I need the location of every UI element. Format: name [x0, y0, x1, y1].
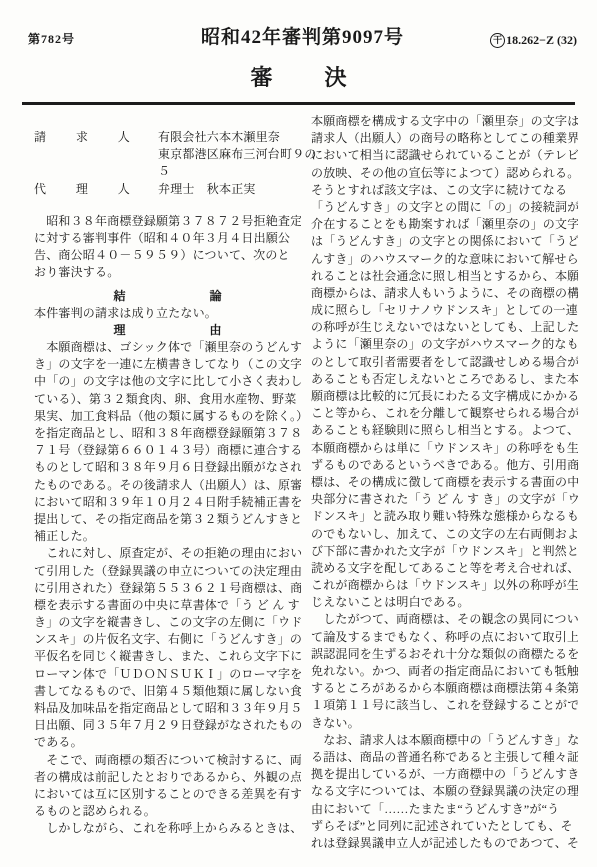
- text-line: ローマン体で「ＵＤＯＮＳＵＫＩ」のローマ字を: [34, 666, 301, 683]
- text-line: 免れない。かつ、両者の指定商品においても牴触: [311, 663, 578, 680]
- text-line: 読める文字を配してあること等を考え合せれば、: [311, 560, 578, 577]
- text-line: 平仮名を同じく縦書きし、また、これら文字下に: [34, 648, 301, 665]
- text-line: こと等から、これを分離して観察せられる場合が: [311, 405, 578, 422]
- text-line: び下部に書かれた文字が「ウドンスキ」と判然と: [311, 543, 578, 560]
- claimant-lines: 有限会社六本木瀬里奈東京都港区麻布三河台町９の５: [158, 129, 317, 181]
- text-line: においては互に区別することのできる差異を有す: [34, 786, 301, 803]
- reason-heading-first: 理: [113, 322, 125, 339]
- text-line: を指定商品とし、昭和３８年商標登録願第３７８、: [34, 425, 301, 442]
- text-line: 誤認混同を生ずるおそれ十分な類似の商標たるを: [311, 646, 578, 663]
- text-line: しかしながら、これを称呼上からみるときは、: [34, 820, 301, 837]
- conclusion-heading: 結 論: [34, 288, 301, 305]
- text-line: ている）、第３２類食肉、卵、食用水産物、野菜: [34, 391, 301, 408]
- text-line: ずるものであるというべきである。他方、引用商: [311, 457, 578, 474]
- label-gap: [130, 129, 158, 181]
- trial-decision-document: 第782号 昭和42年審判第9097号 干18.262−Z (32) 審 決 請…: [0, 0, 597, 867]
- document-body: 請求人 有限会社六本木瀬里奈東京都港区麻布三河台町９の５ 代理人 弁理士 秋本正…: [0, 105, 597, 852]
- reason-heading-second: 由: [210, 322, 222, 339]
- text-line: 標を表示する書面の中央に草書体で「う ど ん す: [34, 597, 301, 614]
- text-line: のとして取引者需要者をして認識せしめる場合が: [311, 354, 578, 371]
- label-gap: [130, 181, 158, 198]
- text-line: 商標からは、請求人もいうように、その商標の構: [311, 285, 578, 302]
- text-line: 由において「……たまたま“うどんすき”が“う: [311, 801, 578, 818]
- attorney-row: 代理人 弁理士 秋本正実: [34, 181, 301, 198]
- text-line: ずらそば”と同列に記述されていたとしても、そ: [311, 818, 578, 835]
- text-line: そうとすれば該文字は、この文字に続けてなる: [311, 182, 578, 199]
- text-line: 中「の」の文字は他の文字に比して小さく表わし: [34, 373, 301, 390]
- doc-number: 第782号: [28, 30, 201, 47]
- attorney-text-line: 弁理士 秋本正実: [158, 181, 301, 198]
- text-line: 本願商標を構成する文字中の「瀬里奈」の文字は: [311, 113, 578, 130]
- text-line: 成に照らし「セリナノウドンスキ」としての一連: [311, 302, 578, 319]
- text-line: の放映、その他の宣伝等によつて）認められる。: [311, 165, 578, 182]
- text-line: じえないことは明白である。: [311, 594, 578, 611]
- text-line: 者の構成は前記したとおりであるから、外観の点: [34, 769, 301, 786]
- text-line: するところがあるから本願商標は商標法第４条第: [311, 680, 578, 697]
- text-line: 昭和３８年商標登録願第３７８７２号拒絶査定: [34, 213, 301, 230]
- text-line: において相当に認識せられていることが（テレビ: [311, 147, 578, 164]
- claimant-label: 請求人: [34, 129, 130, 146]
- text-line: ンスキ」の片仮名文字、右側に「うどんすき」の: [34, 631, 301, 648]
- reason-paragraph-1: 本願商標は、ゴシック体で「瀬里奈のうどんすき」の文字を一連に左横書きしてなり（こ…: [34, 339, 301, 545]
- text-line: き」の文字を一連に左横書きしてなり（この文字: [34, 356, 301, 373]
- text-line: 料品及加味品を指定商品として昭和３３年９月５: [34, 700, 301, 717]
- text-line: あることも経験則に照らし相当とする。よつて、: [311, 422, 578, 439]
- text-line: んすき」のハウスマーク的な意味において解せら: [311, 251, 578, 268]
- text-line: ７１号（登録第６６０１４３号）商標に連合する: [34, 442, 301, 459]
- text-line: そこで、両商標の類否について検討するに、両: [34, 752, 301, 769]
- text-line: 願商標は比較的に冗長にわたる文字構成にかかる: [311, 388, 578, 405]
- text-line: れは登録異議申立人が記述したものであつて、そ: [311, 835, 578, 852]
- attorney-label: 代理人: [34, 181, 130, 198]
- reason-paragraph-3: そこで、両商標の類否について検討するに、両者の構成は前記したとおりであるから、外…: [34, 752, 301, 821]
- text-line: 「うどんすき」の文字との間に「の」の接続詞が: [311, 199, 578, 216]
- text-line: 央部分に書された「う ど ん す き」の文字が「ウ: [311, 491, 578, 508]
- text-line: 本願商標からは単に「ウドンスキ」の称呼をも生: [311, 440, 578, 457]
- text-line: ように「瀬里奈の」の文字がハウスマーク的なも: [311, 336, 578, 353]
- title-char-second: 決: [325, 61, 347, 92]
- text-line: 補正した。: [34, 528, 301, 545]
- text-line: 拠を提出しているが、一方商標中の「うどんすき」: [311, 766, 578, 783]
- text-line: のでもないし、加えて、この文字の左右両側およ: [311, 526, 578, 543]
- title-char-first: 審: [250, 61, 272, 92]
- text-line: ものとして昭和３８年９月６日登録出願がなされ: [34, 459, 301, 476]
- right-column: 本願商標を構成する文字中の「瀬里奈」の文字は請求人（出願人）の商号の略称としてこ…: [311, 113, 578, 852]
- text-line: ドンスキ」と読み取り難い特殊な態様からなるも: [311, 508, 578, 525]
- reason-paragraph-4: しかしながら、これを称呼上からみるときは、: [34, 820, 301, 837]
- party-block: 請求人 有限会社六本木瀬里奈東京都港区麻布三河台町９の５ 代理人 弁理士 秋本正…: [34, 129, 301, 198]
- reason-paragraph-2: これに対し、原査定が、その拒絶の理由において引用した（登録異議の申立についての決…: [34, 545, 301, 751]
- text-line: これに対し、原査定が、その拒絶の理由におい: [34, 545, 301, 562]
- claimant-text-line: ５: [158, 163, 317, 180]
- text-line: なお、請求人は本願商標中の「うどんすき」な: [311, 732, 578, 749]
- text-line: 告、商公昭４０－５９５９）について、次のと: [34, 247, 301, 264]
- text-line: なる文字については、本願の登録異議の決定の理: [311, 783, 578, 800]
- text-line: に引用された）登録第５５３６２１号商標は、商: [34, 580, 301, 597]
- text-line: 日出願、同３５年７月２９日登録がなされたもの: [34, 717, 301, 734]
- conclusion-heading-second: 論: [210, 288, 222, 305]
- classification-code-text: 18.262−Z (32): [506, 33, 577, 48]
- text-line: るものと認められる。: [34, 803, 301, 820]
- claimant-text-line: 有限会社六本木瀬里奈: [158, 129, 317, 146]
- text-line: 請求人（出願人）の商号の略称としてこの種業界: [311, 130, 578, 147]
- text-line: 標は、その構成に徴して商標を表示する書面の中: [311, 474, 578, 491]
- text-line: である。: [34, 734, 301, 751]
- reason-heading: 理 由: [34, 322, 301, 339]
- text-line: したがつて、両商標は、その観念の異同につい: [311, 611, 578, 628]
- claimant-row: 請求人 有限会社六本木瀬里奈東京都港区麻布三河台町９の５: [34, 129, 301, 181]
- left-column: 請求人 有限会社六本木瀬里奈東京都港区麻布三河台町９の５ 代理人 弁理士 秋本正…: [34, 113, 301, 852]
- text-line: は「うどんすき」の文字との関係において「うど: [311, 233, 578, 250]
- text-line: きない。: [311, 715, 578, 732]
- text-line: 本願商標は、ゴシック体で「瀬里奈のうどんす: [34, 339, 301, 356]
- text-line: あることも否定しえないところであるし、また本: [311, 371, 578, 388]
- text-line: き」の文字を縦書きし、この文字の左側に「ウド: [34, 614, 301, 631]
- text-line: において昭和３９年１０月２４日附手続補正書を: [34, 494, 301, 511]
- conclusion-heading-first: 結: [113, 288, 125, 305]
- text-line: 介在することをも勘案すれば「瀬里奈の」の文字: [311, 216, 578, 233]
- text-line: て引用した（登録異議の申立についての決定理由: [34, 563, 301, 580]
- page-title: 審 決: [0, 61, 597, 92]
- case-number: 昭和42年審判第9097号: [201, 22, 404, 49]
- text-line: １項第１１号に該当し、これを登録することがで: [311, 697, 578, 714]
- text-line: て論及するまでもなく、称呼の点において取引上: [311, 629, 578, 646]
- classification-code: 干18.262−Z (32): [490, 33, 577, 48]
- text-line: 書してなるもので、旧第４５類他類に属しない食: [34, 683, 301, 700]
- text-line: の称呼が生じえないではないとしても、上記した: [311, 319, 578, 336]
- text-line: 提出して、その指定商品を第３２類うどんすきと: [34, 511, 301, 528]
- document-header: 第782号 昭和42年審判第9097号 干18.262−Z (32): [0, 0, 597, 49]
- text-line: に対する審判事件（昭和４０年３月４日出願公: [34, 230, 301, 247]
- text-line: おり審決する。: [34, 264, 301, 281]
- circled-mark-icon: 干: [490, 33, 505, 48]
- text-line: る語は、商品の普通名称であると主張して種々証: [311, 749, 578, 766]
- text-line: たものである。その後請求人（出願人）は、原審: [34, 477, 301, 494]
- claimant-text-line: 東京都港区麻布三河台町９の: [158, 146, 317, 163]
- case-summary-paragraph: 昭和３８年商標登録願第３７８７２号拒絶査定に対する審判事件（昭和４０年３月４日出…: [34, 213, 301, 282]
- attorney-lines: 弁理士 秋本正実: [158, 181, 301, 198]
- text-line: 果実、加工食料品（他の類に属するものを除く。）: [34, 408, 301, 425]
- text-line: れることは社会通念に照し相当とするから、本願: [311, 268, 578, 285]
- conclusion-statement: 本件審判の請求は成り立たない。: [34, 305, 301, 322]
- text-line: これが商標からは「ウドンスキ」以外の称呼が生: [311, 577, 578, 594]
